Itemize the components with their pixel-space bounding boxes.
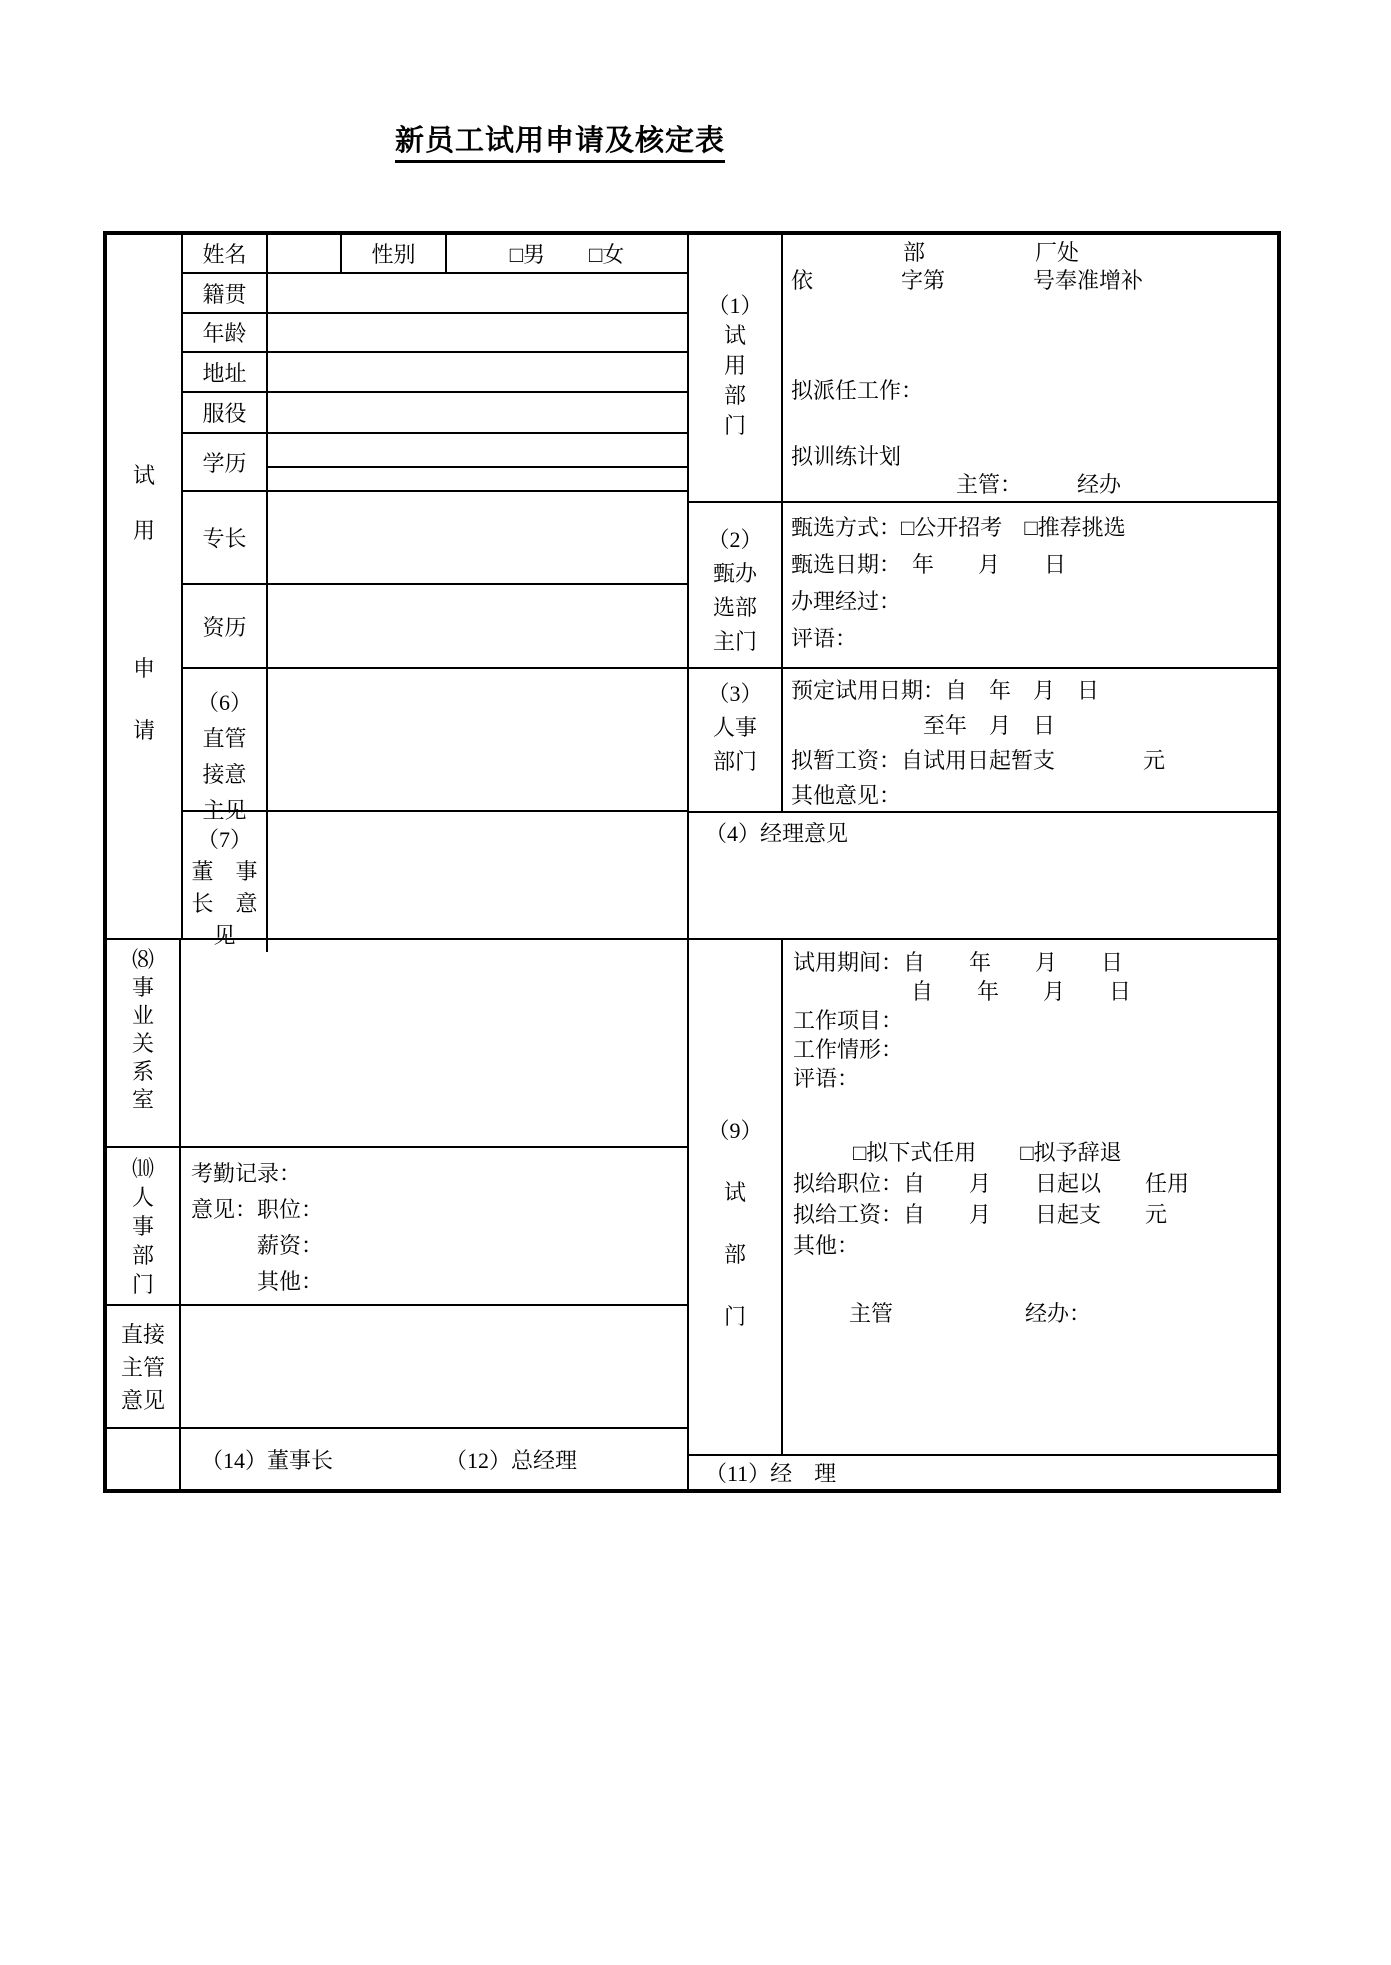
zhuanchang-value-cell[interactable] xyxy=(268,492,687,583)
name-value-cell[interactable] xyxy=(268,235,342,272)
sec6-label-line: （6） xyxy=(197,685,252,721)
sec8-label-line: ⑻ xyxy=(132,946,154,974)
nianling-value-cell[interactable] xyxy=(268,314,687,351)
xueli-value-cell-1[interactable] xyxy=(268,434,687,468)
sec8-label-line: 室 xyxy=(132,1086,154,1114)
sec9-comment-line: 评语： xyxy=(783,1064,1277,1093)
sec7-chairman-opinion-label: （7） 董 事 长 意 见 xyxy=(183,812,268,952)
sec2-method-label: 甄选方式： xyxy=(791,515,901,540)
sec10-label-line: 事 xyxy=(132,1212,154,1241)
sec9-other-line: 其他： xyxy=(783,1230,1277,1261)
sec2-label-line: 选部 xyxy=(713,591,757,625)
dizhi-row: 地址 xyxy=(183,353,687,393)
sec8-label-line: 事 xyxy=(132,974,154,1002)
sec10-attendance-line: 考勤记录： xyxy=(181,1156,687,1192)
sec2-label-line: （2） xyxy=(707,523,762,557)
sec9-label-line: 部 xyxy=(724,1244,746,1266)
spine-char: 请 xyxy=(133,720,155,742)
spine-char: 试 xyxy=(133,465,155,487)
sec9-salary-line: 拟给工资：自 月 日起支 元 xyxy=(783,1199,1277,1230)
xueli-value-cell-2[interactable] xyxy=(268,468,687,490)
gender-label: 性别 xyxy=(342,235,447,272)
sec2-process-line: 办理经过： xyxy=(783,583,1277,620)
sec1-trial-dept-label: （1） 试 用 部 门 xyxy=(689,235,783,501)
sec3-label-line: 部门 xyxy=(713,745,757,779)
zili-label: 资历 xyxy=(183,585,268,667)
sec6-label-line: 直管 xyxy=(202,721,246,757)
personal-info-block: 姓名 性别 □男 □女 籍贯 年龄 地址 服役 xyxy=(183,235,689,938)
jiguan-row: 籍贯 xyxy=(183,274,687,314)
sec1-dept-line: 部 厂处 xyxy=(783,239,1277,267)
sec2-label-line: 主门 xyxy=(713,625,757,659)
dizhi-value-cell[interactable] xyxy=(268,353,687,391)
sec3-salary-line: 拟暂工资：自试用日起暂支 元 xyxy=(783,743,1277,778)
sec8-business-relations-label: ⑻ 事 业 关 系 室 xyxy=(107,940,181,1146)
sec9-trial-dept-label: （9） 试 部 门 xyxy=(689,940,783,1454)
sec1-assigned-work-line: 拟派任工作： xyxy=(783,377,1277,405)
zhiguan-supervisor-opinion-row: 直接 主管 意见 xyxy=(107,1306,687,1429)
sec7-label-line: （7） xyxy=(197,824,252,856)
sec9-work-situation-line: 工作情形： xyxy=(783,1035,1277,1064)
sec1-approval-line: 依 字第 号奉准增补 xyxy=(783,267,1277,295)
zhiguan-label-line: 直接 xyxy=(121,1318,165,1351)
form-table: 试 用 申 请 姓名 性别 □男 □女 籍贯 年龄 xyxy=(103,231,1281,1493)
sec7-label-line: 董 事 xyxy=(191,856,257,888)
zhiguan-supervisor-opinion-label: 直接 主管 意见 xyxy=(107,1306,181,1427)
checkbox-male[interactable]: □男 xyxy=(510,238,545,269)
spine-char: 用 xyxy=(133,520,155,542)
sec2-comment-line: 评语： xyxy=(783,620,1277,657)
sign-general-manager: （12）总经理 xyxy=(445,1444,577,1475)
sec10-label-line: ⑽ xyxy=(132,1154,154,1183)
sec10-label-line: 部 xyxy=(132,1241,154,1270)
sec6-content-cell[interactable] xyxy=(268,669,687,810)
sec8-label-line: 系 xyxy=(132,1058,154,1086)
sec10-label-line: 门 xyxy=(132,1270,154,1299)
sec9-trial-period-line2: 自 年 月 日 xyxy=(783,977,1277,1006)
sec3-content: 预定试用日期：自 年 月 日 至年 月 日 拟暂工资：自试用日起暂支 元 其他意… xyxy=(783,669,1277,811)
bottom-right-block: （9） 试 部 门 试用期间：自 年 月 日 自 年 月 日 工作项目： 工作情… xyxy=(689,940,1277,1489)
sec4-manager-opinion-cell[interactable]: （4）经理意见 xyxy=(689,813,1277,938)
sec3-label-line: （3） xyxy=(707,677,762,711)
checkbox-dismiss[interactable]: □拟予辞退 xyxy=(1020,1140,1121,1165)
zhuanchang-label: 专长 xyxy=(183,492,268,583)
jiguan-label: 籍贯 xyxy=(183,274,268,312)
sec9-label-line: 试 xyxy=(724,1182,746,1204)
nianling-row: 年龄 xyxy=(183,314,687,353)
signature-strip-left: （14）董事长 （12）总经理 xyxy=(181,1429,687,1489)
dizhi-label: 地址 xyxy=(183,353,268,391)
name-row: 姓名 性别 □男 □女 xyxy=(183,235,687,274)
sec8-business-relations-row: ⑻ 事 业 关 系 室 xyxy=(107,940,687,1148)
nianling-label: 年龄 xyxy=(183,314,268,351)
sec9-position-line: 拟给职位：自 月 日起以 任用 xyxy=(783,1168,1277,1199)
sec10-hr-dept-label: ⑽ 人 事 部 门 xyxy=(107,1148,181,1304)
gender-options-cell: □男 □女 xyxy=(447,235,687,272)
sec6-direct-supervisor-opinion-label: （1） （6） 直管 接意 主见 xyxy=(183,669,268,810)
sec9-work-item-line: 工作项目： xyxy=(783,1006,1277,1035)
sec2-selection-dept-label: （2） 甄办 选部 主门 xyxy=(689,503,783,667)
zhiguan-label-line: 主管 xyxy=(121,1351,165,1384)
sec9-label-line: 门 xyxy=(724,1306,746,1328)
sec3-other-opinion-line: 其他意见： xyxy=(783,778,1277,813)
sec4-title: （4）经理意见 xyxy=(705,821,848,846)
sign-manager: （11）经 理 xyxy=(705,1457,836,1488)
sec2-label-line: 甄办 xyxy=(713,557,757,591)
fuyi-row: 服役 xyxy=(183,393,687,434)
sec3-trial-date-line: 预定试用日期：自 年 月 日 xyxy=(783,673,1277,708)
name-label: 姓名 xyxy=(183,235,268,272)
sec9-trial-dept-row: （9） 试 部 门 试用期间：自 年 月 日 自 年 月 日 工作项目： 工作情… xyxy=(689,940,1277,1456)
top-section: 试 用 申 请 姓名 性别 □男 □女 籍贯 年龄 xyxy=(107,235,1277,940)
spine-trial-application: 试 用 申 请 xyxy=(107,235,183,938)
sec9-decision-line: □拟下式任用□拟予辞退 xyxy=(783,1137,1277,1168)
sign-chairman: （14）董事长 xyxy=(201,1444,333,1475)
page-title: 新员工试用申请及核定表 xyxy=(110,118,1010,159)
zili-row: 资历 xyxy=(183,585,687,669)
sec1-label-line: 用 xyxy=(724,351,746,381)
sec9-label-line: （9） xyxy=(707,1120,762,1142)
sec2-selection-dept-row: （2） 甄办 选部 主门 甄选方式：□公开招考□推荐挑选 甄选日期： 年 月 日… xyxy=(689,503,1277,669)
sec1-content: 部 厂处 依 字第 号奉准增补 拟派任工作： 拟训练计划 主管： 经办 xyxy=(783,235,1277,501)
sec10-content: 考勤记录： 意见：职位： 薪资： 其他： xyxy=(181,1148,687,1304)
sec1-label-line: （1） xyxy=(707,291,762,321)
sec9-content: 试用期间：自 年 月 日 自 年 月 日 工作项目： 工作情形： 评语： □拟下… xyxy=(783,940,1277,1454)
sec3-hr-dept-row: （3） 人事 部门 预定试用日期：自 年 月 日 至年 月 日 拟暂工资：自试用… xyxy=(689,669,1277,813)
sec10-label-line: 人 xyxy=(132,1183,154,1212)
sec2-content: 甄选方式：□公开招考□推荐挑选 甄选日期： 年 月 日 办理经过： 评语： xyxy=(783,503,1277,667)
sec1-label-line: 部 xyxy=(724,381,746,411)
sec1-trial-dept-row: （1） 试 用 部 门 部 厂处 依 字第 号奉准增补 拟派任工作： 拟训练计划… xyxy=(689,235,1277,503)
sec7-label-line: 长 意 xyxy=(191,888,257,920)
sec3-label-line: 人事 xyxy=(713,711,757,745)
sec3-hr-dept-label: （3） 人事 部门 xyxy=(689,669,783,811)
checkbox-female[interactable]: □女 xyxy=(589,238,624,269)
sec3-trial-date-to-line: 至年 月 日 xyxy=(783,708,1277,743)
signature-row-left: （14）董事长 （12）总经理 xyxy=(107,1429,687,1489)
signature-row-left-spacer xyxy=(107,1429,181,1489)
dept-sections-block: （1） 试 用 部 门 部 厂处 依 字第 号奉准增补 拟派任工作： 拟训练计划… xyxy=(689,235,1277,938)
sec10-opinion-position-line: 意见：职位： xyxy=(181,1192,687,1228)
checkbox-hire-formally[interactable]: □拟下式任用 xyxy=(853,1140,976,1165)
sec1-label-line: 门 xyxy=(724,411,746,441)
xueli-label: 学历 xyxy=(183,434,268,490)
sec2-date-line: 甄选日期： 年 月 日 xyxy=(783,546,1277,583)
checkbox-open-recruit[interactable]: □公开招考 xyxy=(901,515,1002,540)
bottom-left-block: ⑻ 事 业 关 系 室 ⑽ 人 事 部 门 考勤记录： xyxy=(107,940,689,1489)
fuyi-label: 服役 xyxy=(183,393,268,432)
sec8-content-cell[interactable] xyxy=(181,940,687,1146)
sec10-salary-line: 薪资： xyxy=(181,1228,687,1264)
sec4-manager-opinion-row: （4）经理意见 xyxy=(689,813,1277,938)
zili-value-cell[interactable] xyxy=(268,585,687,667)
xueli-value-cells xyxy=(268,434,687,490)
zhuanchang-row: 专长 xyxy=(183,492,687,585)
xueli-row: 学历 xyxy=(183,434,687,492)
sec9-signature-line: 主管 经办： xyxy=(783,1299,1277,1329)
sec6-label-line: 接意 xyxy=(202,757,246,793)
sec1-training-plan-line: 拟训练计划 xyxy=(783,443,1277,471)
sec10-other-line: 其他： xyxy=(181,1264,687,1300)
spine-char: 申 xyxy=(133,658,155,680)
jiguan-value-cell[interactable] xyxy=(268,274,687,312)
sec8-label-line: 业 xyxy=(132,1002,154,1030)
signature-row-right: （11）经 理 xyxy=(689,1456,1277,1489)
sec7-row: （7） 董 事 长 意 见 xyxy=(183,812,687,952)
sec2-method-line: 甄选方式：□公开招考□推荐挑选 xyxy=(783,509,1277,546)
zhiguan-label-line: 意见 xyxy=(121,1384,165,1417)
zhiguan-content-cell[interactable] xyxy=(181,1306,687,1427)
sec1-signature-line: 主管： 经办 xyxy=(783,471,1277,499)
bottom-section: ⑻ 事 业 关 系 室 ⑽ 人 事 部 门 考勤记录： xyxy=(107,940,1277,1489)
sec7-content-cell[interactable] xyxy=(268,812,687,952)
checkbox-recommend[interactable]: □推荐挑选 xyxy=(1024,515,1125,540)
sec8-label-line: 关 xyxy=(132,1030,154,1058)
fuyi-value-cell[interactable] xyxy=(268,393,687,432)
sec6-row: （1） （6） 直管 接意 主见 xyxy=(183,669,687,812)
sec9-trial-period-line: 试用期间：自 年 月 日 xyxy=(783,948,1277,977)
sec1-label-line: 试 xyxy=(724,321,746,351)
document-page: { "title": "新员工试用申请及核定表", "spine": ["试",… xyxy=(0,0,1391,1965)
sec10-hr-dept-row: ⑽ 人 事 部 门 考勤记录： 意见：职位： 薪资： 其他： xyxy=(107,1148,687,1306)
